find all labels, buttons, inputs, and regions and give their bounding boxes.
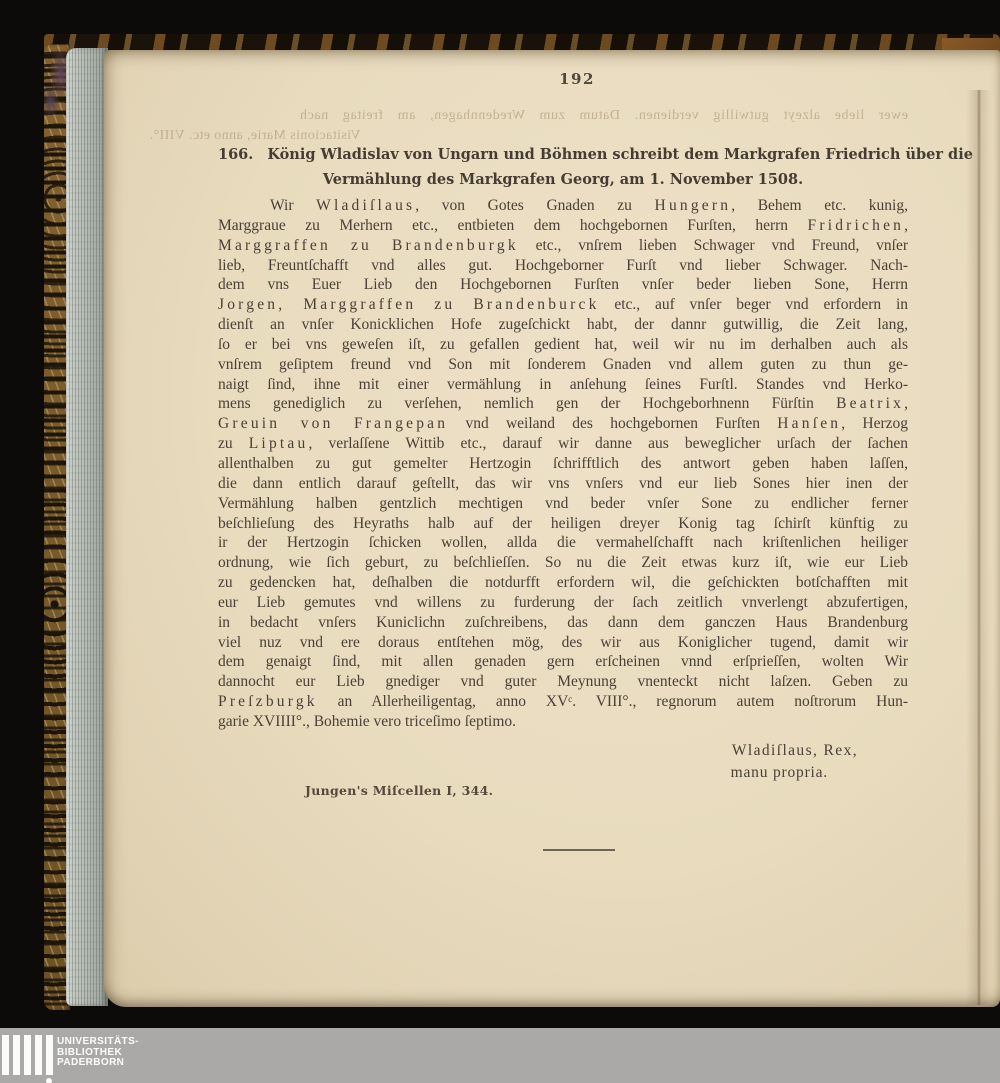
heading-line-1: 166.König Wladislav von Ungarn und Böhme…	[218, 142, 908, 167]
body-line: naigt ſind, ihne mit einer vermählung in…	[218, 375, 908, 395]
library-name-line-3: PADERBORN	[57, 1058, 139, 1069]
body-line: Vermählung halben gentzlich mechtigen vn…	[218, 494, 908, 514]
body-line: eur Lieb gemutes vnd willens zu furderun…	[218, 593, 908, 613]
body-line: die dann entlich darauf geſtellt, das wi…	[218, 474, 908, 494]
body-line: Wir Wladiſlaus, von Gotes Gnaden zu Hung…	[218, 196, 908, 216]
logo-bar	[46, 1035, 53, 1075]
body-line: zu Liptau, verlaſſene Wittib etc., darau…	[218, 434, 908, 454]
signature-name: Wladiſlaus, Rex,	[218, 740, 908, 762]
library-name: UNIVERSITÄTS- BIBLIOTHEK PADERBORN	[57, 1037, 139, 1069]
gutter-crease	[966, 90, 992, 1005]
heading-line-2: Vermählung des Markgrafen Georg, am 1. N…	[218, 167, 908, 192]
emphasized-name: Marggraffen zu Brandenburgk	[218, 237, 519, 254]
bleedthrough-line-1: ewer liebe alzeyt gutwillig verdienen. D…	[218, 108, 908, 124]
heading-number: 166.	[218, 146, 253, 163]
emphasized-name: Wladiſlaus	[316, 197, 415, 214]
body-line: dienſt an vnſer Konicklichen Hofe zugeſc…	[218, 315, 908, 335]
body-line: in bedacht vnſers Kuniclichn zuſchreiben…	[218, 613, 908, 633]
body-line: garie XVIIII°., Bohemie vero triceſimo ſ…	[218, 712, 908, 732]
library-logo-icon	[2, 1035, 60, 1081]
emphasized-name: Fridrichen	[808, 217, 905, 234]
body-line: dannocht eur Lieb gnediger vnd guter Mey…	[218, 672, 908, 692]
body-line: allenthalben zu gut gemelter Hertzogin ſ…	[218, 454, 908, 474]
body-line: Preſzburgk an Allerheiligentag, anno XVᶜ…	[218, 692, 908, 712]
logo-bar	[2, 1035, 9, 1075]
body-line: beſchlieſung des Heyraths halb auf der h…	[218, 514, 908, 534]
library-footer-band: UNIVERSITÄTS- BIBLIOTHEK PADERBORN	[0, 1028, 1000, 1083]
scanned-book-photo: ewer liebe alzeyt gutwillig verdienen. D…	[0, 0, 1000, 1083]
heading-text-1: König Wladislav von Ungarn und Böhmen sc…	[267, 146, 973, 163]
page-fore-edge-stack	[66, 48, 108, 1006]
emphasized-name: Liptau	[249, 435, 309, 452]
emphasized-name: Hungern	[655, 197, 732, 214]
body-line: viel nuz vnd ere doraus entſtehen mög, d…	[218, 633, 908, 653]
body-line: Marggraue zu Merhern etc., entbieten dem…	[218, 216, 908, 236]
body-line: lieb, Freuntſchafft vnd alles gut. Hochg…	[218, 256, 908, 276]
body-line: dem vns Euer Lieb den Hochgebornen Furſt…	[218, 275, 908, 295]
body-line: Jorgen, Marggraffen zu Brandenburck etc.…	[218, 295, 908, 315]
document-heading: 166.König Wladislav von Ungarn und Böhme…	[218, 142, 908, 192]
library-name-line-1: UNIVERSITÄTS-	[57, 1037, 139, 1048]
logo-dot	[46, 1078, 52, 1083]
book-page: ewer liebe alzeyt gutwillig verdienen. D…	[104, 50, 1000, 1007]
logo-bar	[24, 1035, 31, 1075]
section-divider-rule	[543, 849, 615, 851]
page-number: 192	[232, 70, 922, 88]
body-line: vnſrem geſiptem freund vnd Son mit ſonde…	[218, 355, 908, 375]
signature-manu-propria: manu propria.	[218, 762, 908, 784]
body-line: dem genaigt ſind, mit allen genaden gern…	[218, 652, 908, 672]
signature-block: Wladiſlaus, Rex, manu propria.	[218, 740, 908, 784]
emphasized-name: Hanſen	[777, 415, 841, 432]
body-line: ordnung, wie ſich geburt, zu beſchlieſſe…	[218, 553, 908, 573]
source-footnote: Jungen's Miſcellen I, 344.	[305, 783, 493, 798]
emphasized-name: Greuin von Frangepan	[218, 415, 448, 432]
logo-bar	[13, 1035, 20, 1075]
body-line: Greuin von Frangepan vnd weiland des hoc…	[218, 414, 908, 434]
body-text: Wir Wladiſlaus, von Gotes Gnaden zu Hung…	[218, 196, 908, 732]
body-line: ſo er bei vns geweſen iſt, zu gefallen g…	[218, 335, 908, 355]
body-line: zu gedencken hat, deſhalben die notdurff…	[218, 573, 908, 593]
body-line: Marggraffen zu Brandenburgk etc., vnſrem…	[218, 236, 908, 256]
logo-bar	[35, 1035, 42, 1075]
body-line: ir der Hertzogin ſchicken wollen, allda …	[218, 533, 908, 553]
body-line: mens genediglich zu verſehen, nemlich ge…	[218, 394, 908, 414]
emphasized-name: Preſzburgk	[218, 693, 318, 710]
emphasized-name: Jorgen, Marggraffen zu Brandenburck	[218, 296, 600, 313]
emphasized-name: Beatrix	[836, 395, 904, 412]
